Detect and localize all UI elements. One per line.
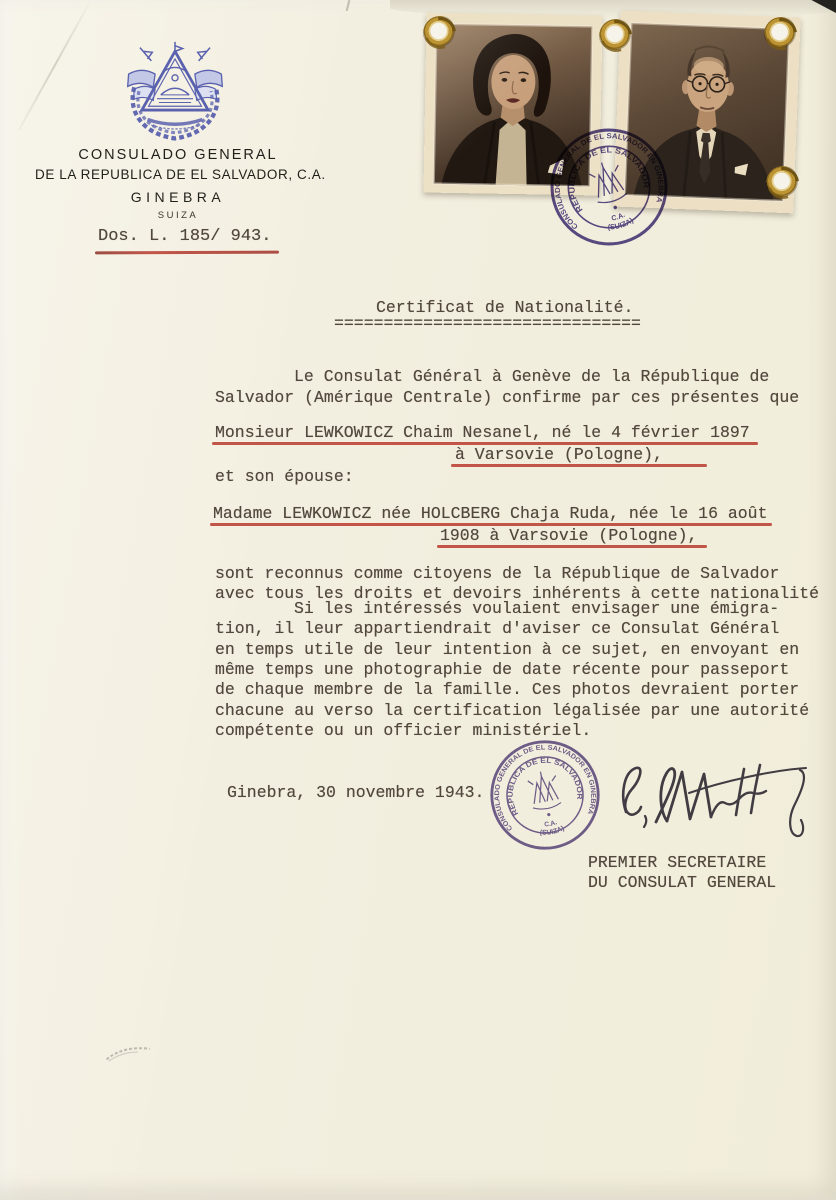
- grommet-fastener-icon: [599, 19, 633, 53]
- body-recognition-line1: sont reconnus comme citoyens de la Répub…: [215, 565, 779, 582]
- fold-crease-line: [18, 0, 92, 131]
- signer-title-line2: DU CONSULAT GENERAL: [588, 874, 776, 891]
- madame-red-underline-2: [437, 545, 707, 548]
- body-emigration-line5: de chaque membre de la famille. Ces phot…: [215, 681, 799, 698]
- body-monsieur-line2: à Varsovie (Pologne),: [455, 446, 663, 463]
- letterhead-org-line4: SUIZA: [35, 210, 321, 221]
- body-spouse-intro: et son épouse:: [215, 468, 354, 485]
- letterhead-org-line3: GINEBRA: [35, 189, 321, 205]
- grommet-fastener-icon: [423, 16, 457, 50]
- pencil-smudge: [103, 1039, 155, 1066]
- grommet-fastener-icon: [766, 166, 800, 200]
- el-salvador-coat-of-arms: [112, 40, 238, 146]
- letterhead-org-line2: DE LA REPUBLICA DE EL SALVADOR, C.A.: [35, 167, 321, 182]
- date-place-line: Ginebra, 30 novembre 1943.: [227, 784, 484, 801]
- body-emigration-line7: compétente ou un officier ministériel.: [215, 722, 591, 739]
- body-madame-line1: Madame LEWKOWICZ née HOLCBERG Chaja Ruda…: [213, 505, 768, 522]
- monsieur-red-underline-2: [451, 464, 707, 467]
- letterhead-org-line1: CONSULADO GENERAL: [35, 147, 321, 163]
- body-emigration-line6: chacune au verso la certification légali…: [215, 702, 809, 719]
- body-emigration-line2: tion, il leur appartiendrait d'aviser ce…: [215, 620, 779, 637]
- body-intro-line1: Le Consulat Général à Genève de la Répub…: [294, 368, 769, 385]
- document-page: CONSULADO GENERAL DE EL SALVADOR EN GINE…: [0, 0, 836, 1200]
- body-emigration-line1: Si les intéressés voulaient envisager un…: [294, 600, 779, 617]
- dossier-number: Dos. L. 185/ 943.: [98, 228, 271, 245]
- handwritten-signature: [596, 742, 820, 854]
- body-monsieur-line1: Monsieur LEWKOWICZ Chaim Nesanel, né le …: [215, 424, 750, 441]
- grommet-fastener-icon: [764, 17, 798, 51]
- dossier-red-underline: [95, 251, 279, 255]
- body-intro-line2: Salvador (Amérique Centrale) confirme pa…: [215, 389, 799, 406]
- body-madame-line2: 1908 à Varsovie (Pologne),: [440, 527, 697, 544]
- paper-notch: [346, 0, 351, 11]
- consular-seal-stamp-signature: [478, 728, 612, 862]
- body-emigration-line4: même temps une photographie de date réce…: [215, 661, 789, 678]
- body-emigration-line3: en temps utile de leur intention à ce su…: [215, 641, 799, 658]
- certificate-title-underline: ===============================: [334, 315, 641, 332]
- signer-title-line1: PREMIER SECRETAIRE: [588, 854, 766, 871]
